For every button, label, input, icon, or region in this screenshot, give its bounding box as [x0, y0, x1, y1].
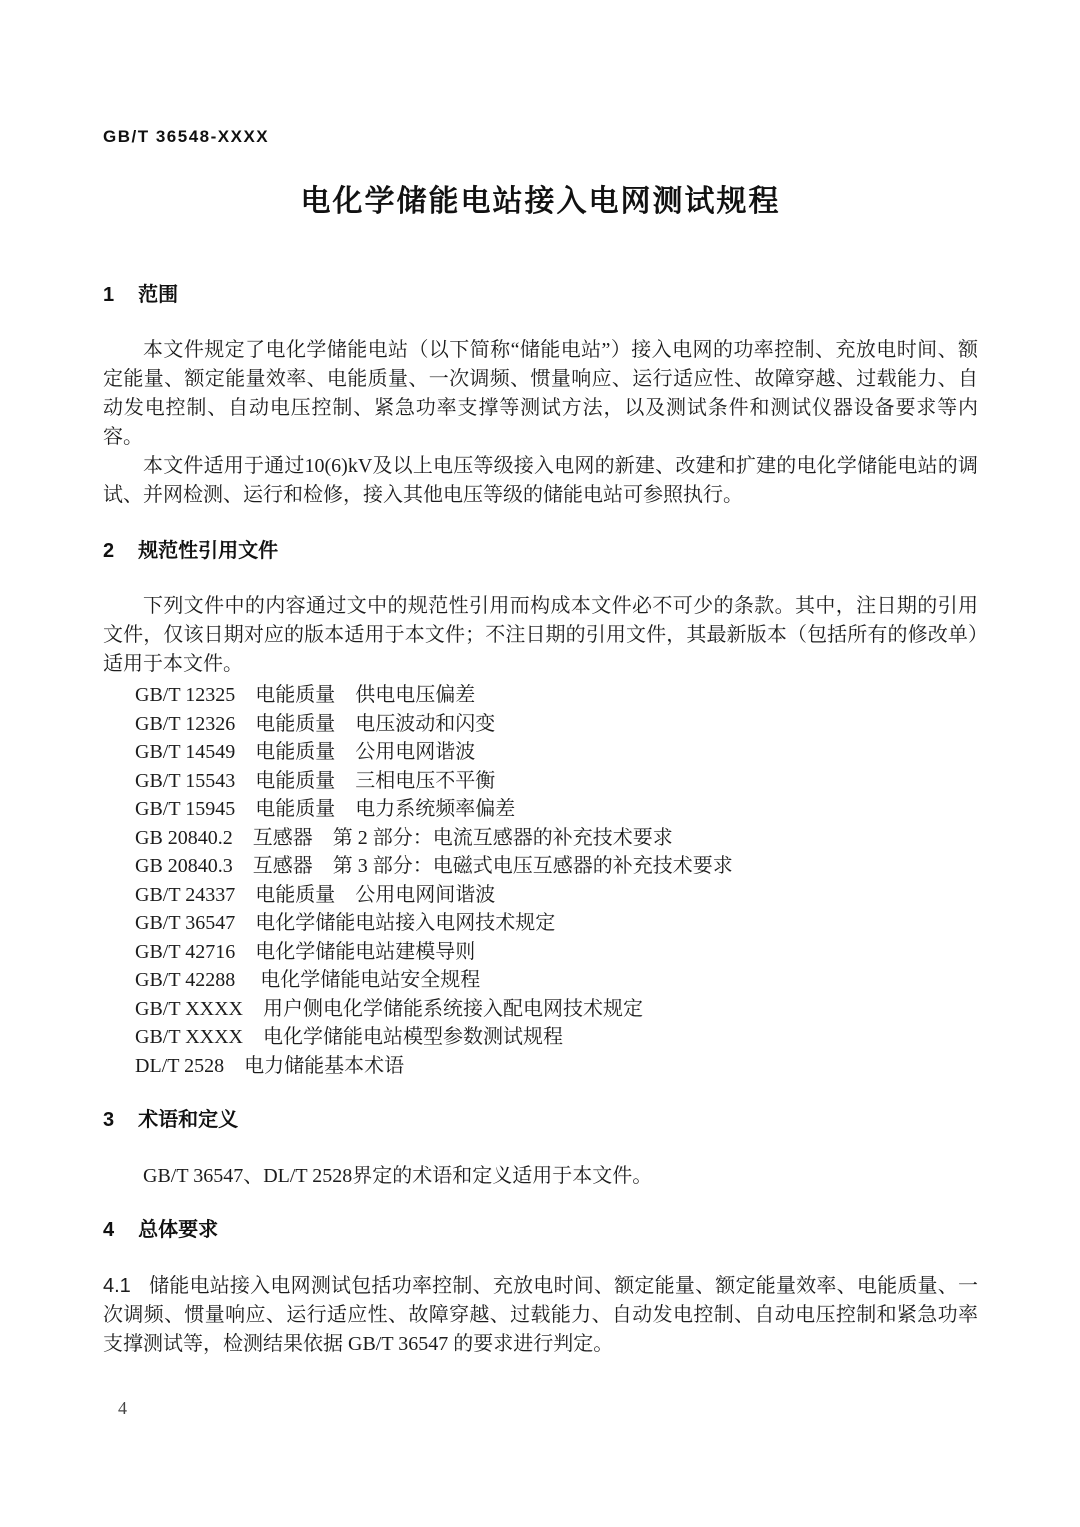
reference-item: GB/T 15543 电能质量 三相电压不平衡 [135, 767, 978, 796]
section-1-paragraph-1: 本文件规定了电化学储能电站（以下简称“储能电站”）接入电网的功率控制、充放电时间… [103, 336, 978, 452]
section-4-title: 总体要求 [138, 1219, 218, 1241]
reference-item: GB/T 15945 电能质量 电力系统频率偏差 [135, 795, 978, 824]
reference-item: GB/T 36547 电化学储能电站接入电网技术规定 [135, 909, 978, 938]
reference-item: DL/T 2528 电力储能基本术语 [135, 1052, 978, 1081]
clause-4-1-number: 4.1 [103, 1272, 131, 1301]
section-4-heading: 4总体要求 [103, 1217, 978, 1243]
section-4-number: 4 [103, 1217, 114, 1243]
section-1-heading: 1范围 [103, 282, 978, 308]
document-page: GB/T 36548-XXXX 电化学储能电站接入电网测试规程 1范围 本文件规… [0, 0, 1080, 1527]
section-1-title: 范围 [138, 284, 178, 306]
section-2-number: 2 [103, 538, 114, 564]
section-3-title: 术语和定义 [138, 1109, 238, 1131]
reference-item: GB/T 14549 电能质量 公用电网谐波 [135, 738, 978, 767]
section-2-paragraph-1: 下列文件中的内容通过文中的规范性引用而构成本文件必不可少的条款。其中，注日期的引… [103, 592, 978, 679]
section-1-number: 1 [103, 282, 114, 308]
reference-item: GB/T 42288 电化学储能电站安全规程 [135, 966, 978, 995]
reference-item: GB/T XXXX 电化学储能电站模型参数测试规程 [135, 1023, 978, 1052]
section-3-heading: 3术语和定义 [103, 1107, 978, 1133]
section-2-title: 规范性引用文件 [138, 540, 278, 562]
section-3-number: 3 [103, 1107, 114, 1133]
document-title: 电化学储能电站接入电网测试规程 [103, 184, 978, 220]
reference-list: GB/T 12325 电能质量 供电电压偏差 GB/T 12326 电能质量 电… [135, 681, 978, 1080]
page-number: 4 [118, 1398, 127, 1419]
section-2-heading: 2规范性引用文件 [103, 538, 978, 564]
clause-4-1-text: 储能电站接入电网测试包括功率控制、充放电时间、额定能量、额定能量效率、电能质量、… [103, 1275, 978, 1355]
reference-item: GB/T 12325 电能质量 供电电压偏差 [135, 681, 978, 710]
section-3-paragraph-1: GB/T 36547、DL/T 2528界定的术语和定义适用于本文件。 [103, 1162, 978, 1191]
clause-4-1-paragraph: 4.1储能电站接入电网测试包括功率控制、充放电时间、额定能量、额定能量效率、电能… [103, 1272, 978, 1359]
reference-item: GB/T 12326 电能质量 电压波动和闪变 [135, 710, 978, 739]
reference-item: GB 20840.3 互感器 第 3 部分：电磁式电压互感器的补充技术要求 [135, 852, 978, 881]
standard-code: GB/T 36548-XXXX [103, 0, 978, 148]
section-1-paragraph-2: 本文件适用于通过10(6)kV及以上电压等级接入电网的新建、改建和扩建的电化学储… [103, 452, 978, 510]
reference-item: GB/T 24337 电能质量 公用电网间谐波 [135, 881, 978, 910]
reference-item: GB/T 42716 电化学储能电站建模导则 [135, 938, 978, 967]
reference-item: GB 20840.2 互感器 第 2 部分：电流互感器的补充技术要求 [135, 824, 978, 853]
reference-item: GB/T XXXX 用户侧电化学储能系统接入配电网技术规定 [135, 995, 978, 1024]
